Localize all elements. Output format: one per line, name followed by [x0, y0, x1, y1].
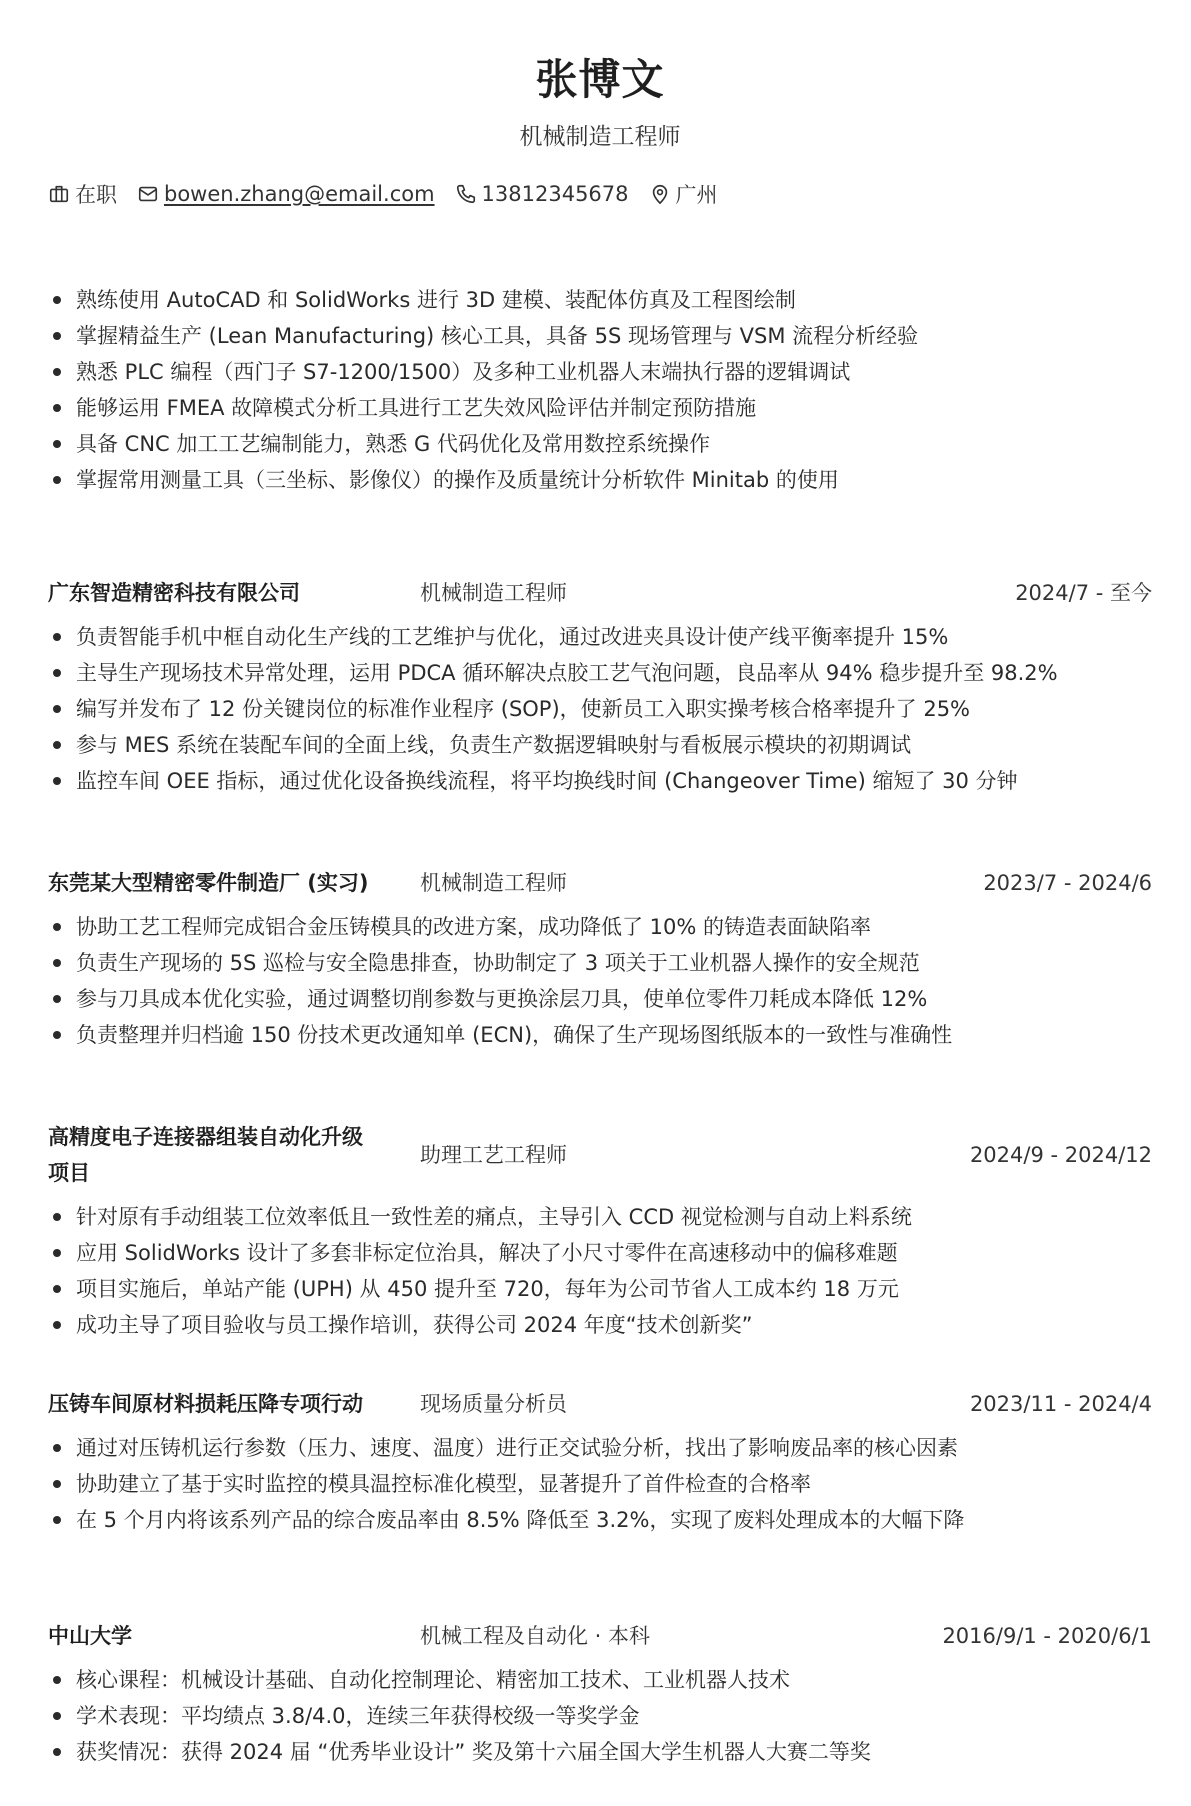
skill-item: 熟悉 PLC 编程（西门子 S7-1200/1500）及多种工业机器人末端执行器…	[48, 354, 1152, 390]
phone-number: 13812345678	[482, 182, 629, 206]
skill-item: 掌握常用测量工具（三坐标、影像仪）的操作及质量统计分析软件 Minitab 的使…	[48, 462, 1152, 498]
list-item: 主导生产现场技术异常处理，运用 PDCA 循环解决点胶工艺气泡问题，良品率从 9…	[48, 655, 1128, 691]
experience-header: 东莞某大型精密零件制造厂 (实习) 机械制造工程师 2023/7 - 2024/…	[48, 865, 1152, 901]
list-item: 成功主导了项目验收与员工操作培训，获得公司 2024 年度“技术创新奖”	[48, 1307, 1152, 1343]
status-text: 在职	[75, 179, 117, 209]
contact-status: 在职	[48, 179, 117, 209]
phone-icon	[455, 183, 477, 205]
briefcase-icon	[48, 183, 70, 205]
experience-bullets: 负责智能手机中框自动化生产线的工艺维护与优化，通过改进夹具设计使产线平衡率提升 …	[48, 619, 1152, 799]
list-item: 负责生产现场的 5S 巡检与安全隐患排查，协助制定了 3 项关于工业机器人操作的…	[48, 945, 1152, 981]
date-range: 2024/9 - 2024/12	[970, 1137, 1152, 1173]
school-name: 中山大学	[48, 1618, 420, 1654]
list-item: 参与刀具成本优化实验，通过调整切削参数与更换涂层刀具，使单位零件刀耗成本降低 1…	[48, 981, 1152, 1017]
skill-item: 掌握精益生产 (Lean Manufacturing) 核心工具，具备 5S 现…	[48, 318, 1152, 354]
project-role: 现场质量分析员	[420, 1386, 970, 1422]
project-header: 压铸车间原材料损耗压降专项行动 现场质量分析员 2023/11 - 2024/4	[48, 1386, 1152, 1422]
date-range: 2016/9/1 - 2020/6/1	[942, 1618, 1152, 1654]
education-header: 中山大学 机械工程及自动化 · 本科 2016/9/1 - 2020/6/1	[48, 1618, 1152, 1654]
skill-item: 熟练使用 AutoCAD 和 SolidWorks 进行 3D 建模、装配体仿真…	[48, 282, 1152, 318]
list-item: 在 5 个月内将该系列产品的综合废品率由 8.5% 降低至 3.2%，实现了废料…	[48, 1502, 1152, 1538]
mail-icon	[137, 183, 159, 205]
email-link[interactable]: bowen.zhang@email.com	[164, 182, 435, 206]
list-item: 协助工艺工程师完成铝合金压铸模具的改进方案，成功降低了 10% 的铸造表面缺陷率	[48, 909, 1152, 945]
location-text: 广州	[676, 179, 718, 209]
project-name: 压铸车间原材料损耗压降专项行动	[48, 1386, 420, 1422]
education-bullets: 核心课程：机械设计基础、自动化控制理论、精密加工技术、工业机器人技术 学术表现：…	[48, 1662, 1152, 1770]
experience-header: 广东智造精密科技有限公司 机械制造工程师 2024/7 - 至今	[48, 575, 1152, 611]
experience-entry: 东莞某大型精密零件制造厂 (实习) 机械制造工程师 2023/7 - 2024/…	[48, 865, 1152, 1053]
list-item: 编写并发布了 12 份关键岗位的标准作业程序 (SOP)，使新员工入职实操考核合…	[48, 691, 1152, 727]
contact-email: bowen.zhang@email.com	[137, 182, 435, 206]
experience-entry: 广东智造精密科技有限公司 机械制造工程师 2024/7 - 至今 负责智能手机中…	[48, 575, 1152, 799]
project-entry: 高精度电子连接器组装自动化升级项目 助理工艺工程师 2024/9 - 2024/…	[48, 1119, 1152, 1343]
skill-item: 具备 CNC 加工工艺编制能力，熟悉 G 代码优化及常用数控系统操作	[48, 426, 1152, 462]
company-name: 东莞某大型精密零件制造厂 (实习)	[48, 865, 420, 901]
list-item: 针对原有手动组装工位效率低且一致性差的痛点，主导引入 CCD 视觉检测与自动上料…	[48, 1199, 1152, 1235]
skills-list: 熟练使用 AutoCAD 和 SolidWorks 进行 3D 建模、装配体仿真…	[48, 282, 1152, 498]
skill-item: 能够运用 FMEA 故障模式分析工具进行工艺失效风险评估并制定预防措施	[48, 390, 1152, 426]
list-item: 核心课程：机械设计基础、自动化控制理论、精密加工技术、工业机器人技术	[48, 1662, 1152, 1698]
contact-phone: 13812345678	[455, 182, 629, 206]
list-item: 参与 MES 系统在装配车间的全面上线，负责生产数据逻辑映射与看板展示模块的初期…	[48, 727, 1152, 763]
company-name: 广东智造精密科技有限公司	[48, 575, 420, 611]
project-role: 助理工艺工程师	[420, 1137, 970, 1173]
major-degree: 机械工程及自动化 · 本科	[420, 1618, 942, 1654]
job-role: 机械制造工程师	[420, 575, 1015, 611]
project-bullets: 通过对压铸机运行参数（压力、速度、温度）进行正交试验分析，找出了影响废品率的核心…	[48, 1430, 1152, 1538]
list-item: 监控车间 OEE 指标，通过优化设备换线流程，将平均换线时间 (Changeov…	[48, 763, 1152, 799]
skills-section: 熟练使用 AutoCAD 和 SolidWorks 进行 3D 建模、装配体仿真…	[48, 282, 1152, 498]
candidate-name: 张博文	[48, 54, 1152, 106]
education-entry: 中山大学 机械工程及自动化 · 本科 2016/9/1 - 2020/6/1 核…	[48, 1618, 1152, 1770]
project-entry: 压铸车间原材料损耗压降专项行动 现场质量分析员 2023/11 - 2024/4…	[48, 1386, 1152, 1538]
list-item: 负责智能手机中框自动化生产线的工艺维护与优化，通过改进夹具设计使产线平衡率提升 …	[48, 619, 1152, 655]
experience-bullets: 协助工艺工程师完成铝合金压铸模具的改进方案，成功降低了 10% 的铸造表面缺陷率…	[48, 909, 1152, 1053]
date-range: 2023/11 - 2024/4	[970, 1386, 1152, 1422]
contact-row: 在职 bowen.zhang@email.com 13812345678 广州	[48, 178, 738, 210]
contact-location: 广州	[649, 179, 718, 209]
project-header: 高精度电子连接器组装自动化升级项目 助理工艺工程师 2024/9 - 2024/…	[48, 1119, 1152, 1191]
map-pin-icon	[649, 183, 671, 205]
list-item: 应用 SolidWorks 设计了多套非标定位治具，解决了小尺寸零件在高速移动中…	[48, 1235, 1152, 1271]
date-range: 2024/7 - 至今	[1015, 575, 1152, 611]
candidate-title: 机械制造工程师	[48, 122, 1152, 152]
list-item: 学术表现：平均绩点 3.8/4.0，连续三年获得校级一等奖学金	[48, 1698, 1152, 1734]
list-item: 获奖情况：获得 2024 届 “优秀毕业设计” 奖及第十六届全国大学生机器人大赛…	[48, 1734, 1152, 1770]
list-item: 通过对压铸机运行参数（压力、速度、温度）进行正交试验分析，找出了影响废品率的核心…	[48, 1430, 1152, 1466]
list-item: 项目实施后，单站产能 (UPH) 从 450 提升至 720，每年为公司节省人工…	[48, 1271, 1152, 1307]
job-role: 机械制造工程师	[420, 865, 983, 901]
project-bullets: 针对原有手动组装工位效率低且一致性差的痛点，主导引入 CCD 视觉检测与自动上料…	[48, 1199, 1152, 1343]
list-item: 负责整理并归档逾 150 份技术更改通知单 (ECN)，确保了生产现场图纸版本的…	[48, 1017, 1152, 1053]
project-name: 高精度电子连接器组装自动化升级项目	[48, 1119, 420, 1191]
list-item: 协助建立了基于实时监控的模具温控标准化模型，显著提升了首件检查的合格率	[48, 1466, 1152, 1502]
date-range: 2023/7 - 2024/6	[983, 865, 1152, 901]
